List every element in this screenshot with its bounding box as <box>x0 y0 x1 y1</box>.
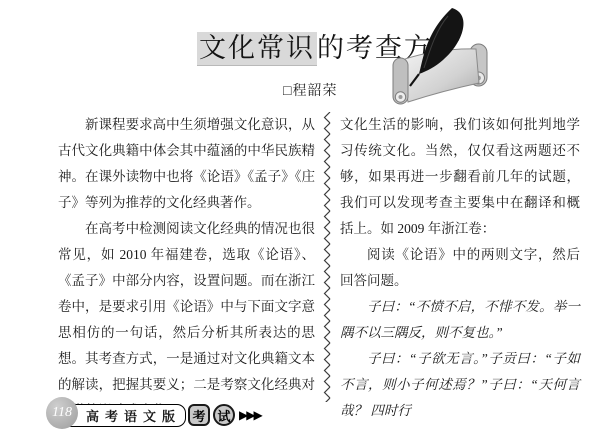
title-highlighted-part: 文化常识 <box>197 32 317 65</box>
page-number: 118 <box>52 405 72 421</box>
paragraph: 新课程要求高中生须增强文化意识，从古代文化典籍中体会其中蕴涵的中华民族精神。在课… <box>58 112 315 216</box>
book-page: 文化常识的考查方式 □程韶荣 新课程要求高中生须增强文化意识，从古代文化典籍中体… <box>0 0 600 439</box>
paragraph-continuation: 文化生活的影响，我们该如何批判地学习传统文化。当然，仅仅看这两题还不够，如果再进… <box>340 112 580 242</box>
right-column: 文化生活的影响，我们该如何批判地学习传统文化。当然，仅仅看这两题还不够，如果再进… <box>340 112 580 402</box>
article-body: 新课程要求高中生须增强文化意识，从古代文化典籍中体会其中蕴涵的中华民族精神。在课… <box>58 112 580 402</box>
zigzag-divider-icon <box>321 112 334 402</box>
quill-scroll-icon <box>388 6 496 110</box>
left-column: 新课程要求高中生须增强文化意识，从古代文化典籍中体会其中蕴涵的中华民族精神。在课… <box>58 112 315 402</box>
column-divider <box>315 112 340 402</box>
footer-series-bar: 高考语文版 <box>60 404 186 427</box>
exam-intro-paragraph: 阅读《论语》中的两则文字，然后回答问题。 <box>340 242 580 294</box>
forward-arrows-icon: ▶▶▶ <box>239 404 261 426</box>
author-line: □程韶荣 <box>283 80 337 100</box>
page-number-badge: 118 <box>46 397 78 429</box>
footer-badge-shi: 试 <box>213 404 235 426</box>
paragraph: 在高考中检测阅读文化经典的情况也很常见，如 2010 年福建卷，选取《论语》、《… <box>58 216 315 424</box>
series-title: 高考语文版 <box>86 406 181 425</box>
analects-quote: 子曰：“不愤不启，不悱不发。举一隅不以三隅反，则不复也。” <box>340 294 580 346</box>
page-footer: 118 高考语文版 考 试 ▶▶▶ <box>0 394 600 434</box>
footer-badge-kao: 考 <box>188 404 210 426</box>
